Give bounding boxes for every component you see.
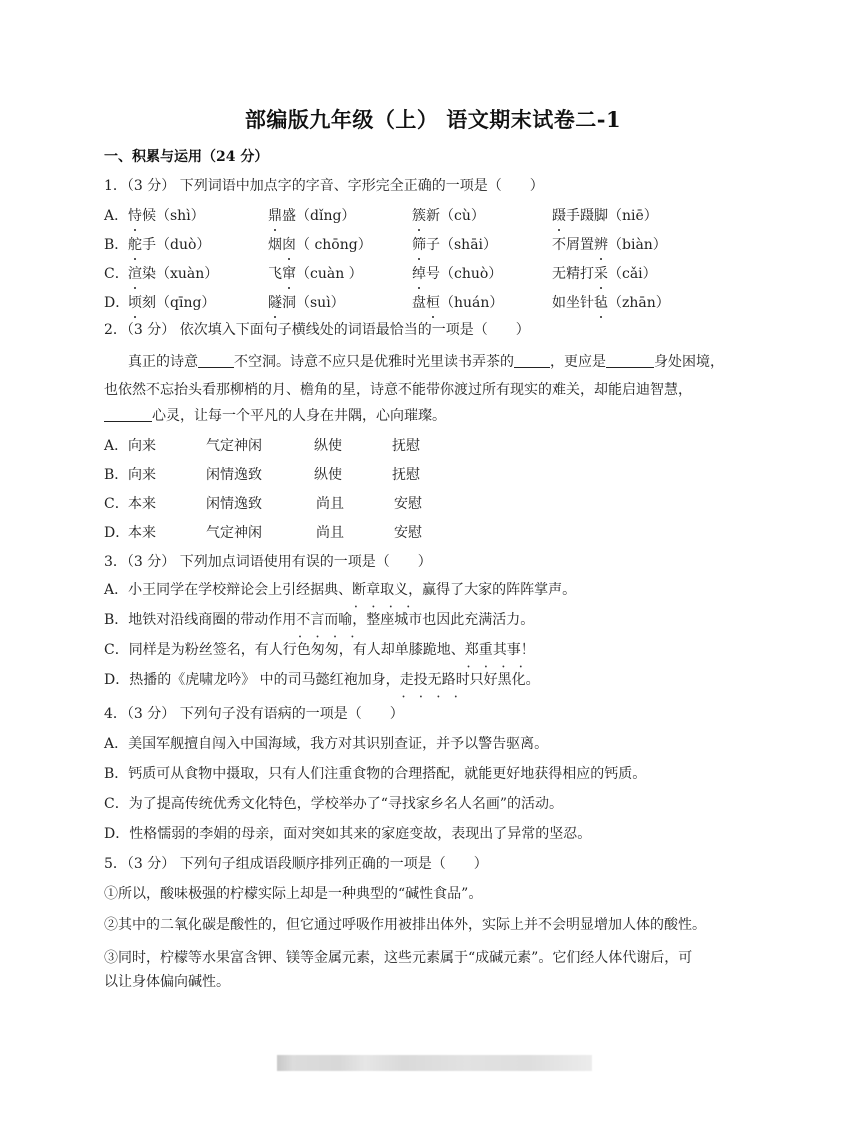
option-label: B． [104,612,128,628]
word-pinyin: （ chōng） [296,237,372,253]
dotted-char: 蹑 [552,206,566,226]
word-pinyin: 染（xuàn） [142,266,218,282]
question-3-option: A．小王同学在学校辩论会上引经据典、断章取义，赢得了大家的阵阵掌声。 [104,580,576,600]
option-word: 安慰 [394,494,422,514]
option-label: D． [104,293,129,313]
page-title: 部编版九年级（上） 语文期末试卷二-1 [0,104,866,134]
word-pinyin: （zhān） [608,295,670,311]
option-label: A． [104,206,128,226]
word-pinyin: （biàn） [608,237,667,253]
dotted-char: 窜 [282,264,296,284]
word-item: 隧洞（suì） [268,293,345,313]
option-word: 安慰 [394,523,422,543]
word-item: 飞窜（cuàn ） [268,264,363,284]
question-5-sentence-3-cont: 以让身体偏向碱性。 [104,972,230,992]
option-word: 闲情逸致 [206,494,262,514]
blank-1 [198,353,234,368]
word-text: 盘 [412,295,426,311]
word-item: 如坐针毡（zhān） [552,293,670,313]
question-4-option-c: C．为了提高传统优秀文化特色，学校举办了“寻找家乡名人名画”的活动。 [104,794,563,814]
option-word: 向来 [128,436,156,456]
blank-4 [104,407,152,422]
question-3-stem: 3．（3 分） 下列加点词语使用有误的一项是（ ） [104,552,432,572]
word-pinyin: （huán） [440,295,503,311]
word-item: 顷刻（qīng） [128,293,215,313]
word-pinyin: 刻（qīng） [142,295,215,311]
option-label: D． [104,672,129,688]
word-text: 如坐针 [552,295,594,311]
word-text: 烟 [268,237,282,253]
dotted-char: 顷 [128,293,142,313]
option-word: 抚慰 [392,465,420,485]
option-text: 地铁对沿线商圈的带动作用 [128,612,296,628]
option-label: A． [104,436,128,456]
word-item: 绰号（chuò） [412,264,502,284]
passage-text: 心灵，让每一个平凡的人身在井隅，心向璀璨。 [152,408,446,424]
question-3-option: D．热播的《虎啸龙吟》 中的司马懿红袍加身，走投无路时只好黑化。 [104,670,540,690]
question-4-stem: 4．（3 分） 下列句子没有语病的一项是（ ） [104,704,404,724]
question-2-stem: 2．（3 分） 依次填入下面句子横线处的词语最恰当的一项是（ ） [104,320,530,340]
word-pinyin: 候（shì） [142,208,205,224]
option-text: 同样是为粉丝签名，有人行色匆匆，有人却单膝跪地、 [129,642,465,658]
dotted-phrase: 郑重其事 [465,640,521,660]
dotted-char: 采 [594,264,608,284]
option-word: 本来 [128,494,156,514]
blank-2 [514,353,550,368]
word-pinyin: 盛（dǐng） [282,208,355,224]
word-item: 舵手（duò） [128,235,210,255]
dotted-char: 隧 [268,293,282,313]
option-text: 时只好黑化。 [456,672,540,688]
question-4-option-b: B．钙质可从食物中摄取，只有人们注重食物的合理搭配，就能更好地获得相应的钙质。 [104,764,646,784]
option-word: 尚且 [316,523,344,543]
question-3-option: B．地铁对沿线商圈的带动作用不言而喻，整座城市也因此充满活力。 [104,610,534,630]
option-label: C． [104,494,129,514]
word-item: 盘桓（huán） [412,293,503,313]
dotted-char: 辨 [594,235,608,255]
passage-text: 真正的诗意 [128,354,198,370]
word-pinyin: 手（duò） [142,237,210,253]
word-item: 不屑置辨（biàn） [552,235,667,255]
option-label: B． [104,465,128,485]
option-label: D． [104,523,129,543]
option-word: 本来 [128,523,156,543]
dotted-char: 渲 [128,264,142,284]
option-label: A． [104,582,128,598]
option-label: C． [104,264,129,284]
word-item: 烟囱（ chōng） [268,235,372,255]
option-word: 纵使 [314,436,342,456]
option-word: 尚且 [316,494,344,514]
word-text: 飞 [268,266,282,282]
dotted-phrase: 不言而喻 [296,610,352,630]
word-item: 簇新（cù） [412,206,485,226]
question-1-stem: 1．（3 分） 下列词语中加点字的字音、字形完全正确的一项是（ ） [104,176,544,196]
option-text: 热播的《虎啸龙吟》 中的司马懿红袍加身， [129,672,399,688]
option-word: 气定神闲 [206,436,262,456]
option-text: ！ [521,642,535,658]
option-word: 闲情逸致 [206,465,262,485]
word-pinyin: （cǎi） [608,266,657,282]
dotted-char: 鼎 [268,206,282,226]
dotted-char: 囱 [282,235,296,255]
question-2-passage-line-1: 真正的诗意不空洞。诗意不应只是优雅时光里读书弄茶的，更应是身处困境， [128,348,724,376]
word-item: 蹑手蹑脚（niē） [552,206,658,226]
question-2-passage-line-3: 心灵，让每一个平凡的人身在井隅，心向璀璨。 [104,402,446,430]
word-text: 不屑置 [552,237,594,253]
dotted-char: 绰 [412,264,426,284]
option-text: ，整座城市也因此充满活力。 [352,612,534,628]
option-word: 抚慰 [392,436,420,456]
word-pinyin: 手蹑脚（niē） [566,208,658,224]
dotted-phrase: 走投无路 [400,670,456,690]
question-5-sentence-1: ①所以，酸味极强的柠檬实际上却是一种典型的“碱性食品”。 [104,884,482,904]
question-3-option: C．同样是为粉丝签名，有人行色匆匆，有人却单膝跪地、郑重其事！ [104,640,535,660]
dotted-phrase: 断章取义 [352,580,408,600]
word-pinyin: （cuàn ） [296,266,363,282]
dotted-char: 筛 [412,235,426,255]
section-heading: 一、积累与运用（24 分） [104,146,268,166]
blank-3 [606,353,654,368]
word-pinyin: 新（cù） [426,208,485,224]
option-word: 纵使 [314,465,342,485]
word-item: 无精打采（cǎi） [552,264,657,284]
option-text: 小王同学在学校辩论会上引经据典、 [128,582,352,598]
option-word: 向来 [128,465,156,485]
word-text: 无精打 [552,266,594,282]
word-item: 渲染（xuàn） [128,264,218,284]
question-2-passage-line-2: 也依然不忘抬头看那柳梢的月、檐角的星，诗意不能带你渡过所有现实的难关，却能启迪智… [104,376,692,404]
option-label: C． [104,642,129,658]
option-label: B． [104,235,128,255]
option-text: ，赢得了大家的阵阵掌声。 [408,582,576,598]
word-item: 鼎盛（dǐng） [268,206,355,226]
question-5-stem: 5．（3 分） 下列句子组成语段顺序排列正确的一项是（ ） [104,854,488,874]
question-5-sentence-2: ②其中的二氧化碳是酸性的，但它通过呼吸作用被排出体外，实际上并不会明显增加人体的… [104,915,706,935]
question-5-sentence-3: ③同时，柠檬等水果富含钾、镁等金属元素，这些元素属于“成碱元素”。它们经人体代谢… [104,948,692,968]
word-pinyin: 号（chuò） [426,266,502,282]
dotted-char: 恃 [128,206,142,226]
passage-text: ，更应是 [550,354,606,370]
passage-text: 不空洞。诗意不应只是优雅时光里读书弄茶的 [234,354,514,370]
option-word: 气定神闲 [206,523,262,543]
word-item: 恃候（shì） [128,206,205,226]
question-4-option-a: A．美国军舰擅自闯入中国海域，我方对其识别查证，并予以警告驱离。 [104,734,548,754]
question-4-option-d: D．性格懦弱的李娟的母亲，面对突如其来的家庭变故，表现出了异常的坚忍。 [104,824,591,844]
word-item: 筛子（shāi） [412,235,497,255]
blurred-footer-watermark [277,1055,592,1071]
dotted-char: 桓 [426,293,440,313]
word-pinyin: 子（shāi） [426,237,497,253]
dotted-char: 簇 [412,206,426,226]
dotted-char: 舵 [128,235,142,255]
passage-text: 身处困境， [654,354,724,370]
word-pinyin: 洞（suì） [282,295,345,311]
dotted-char: 毡 [594,293,608,313]
